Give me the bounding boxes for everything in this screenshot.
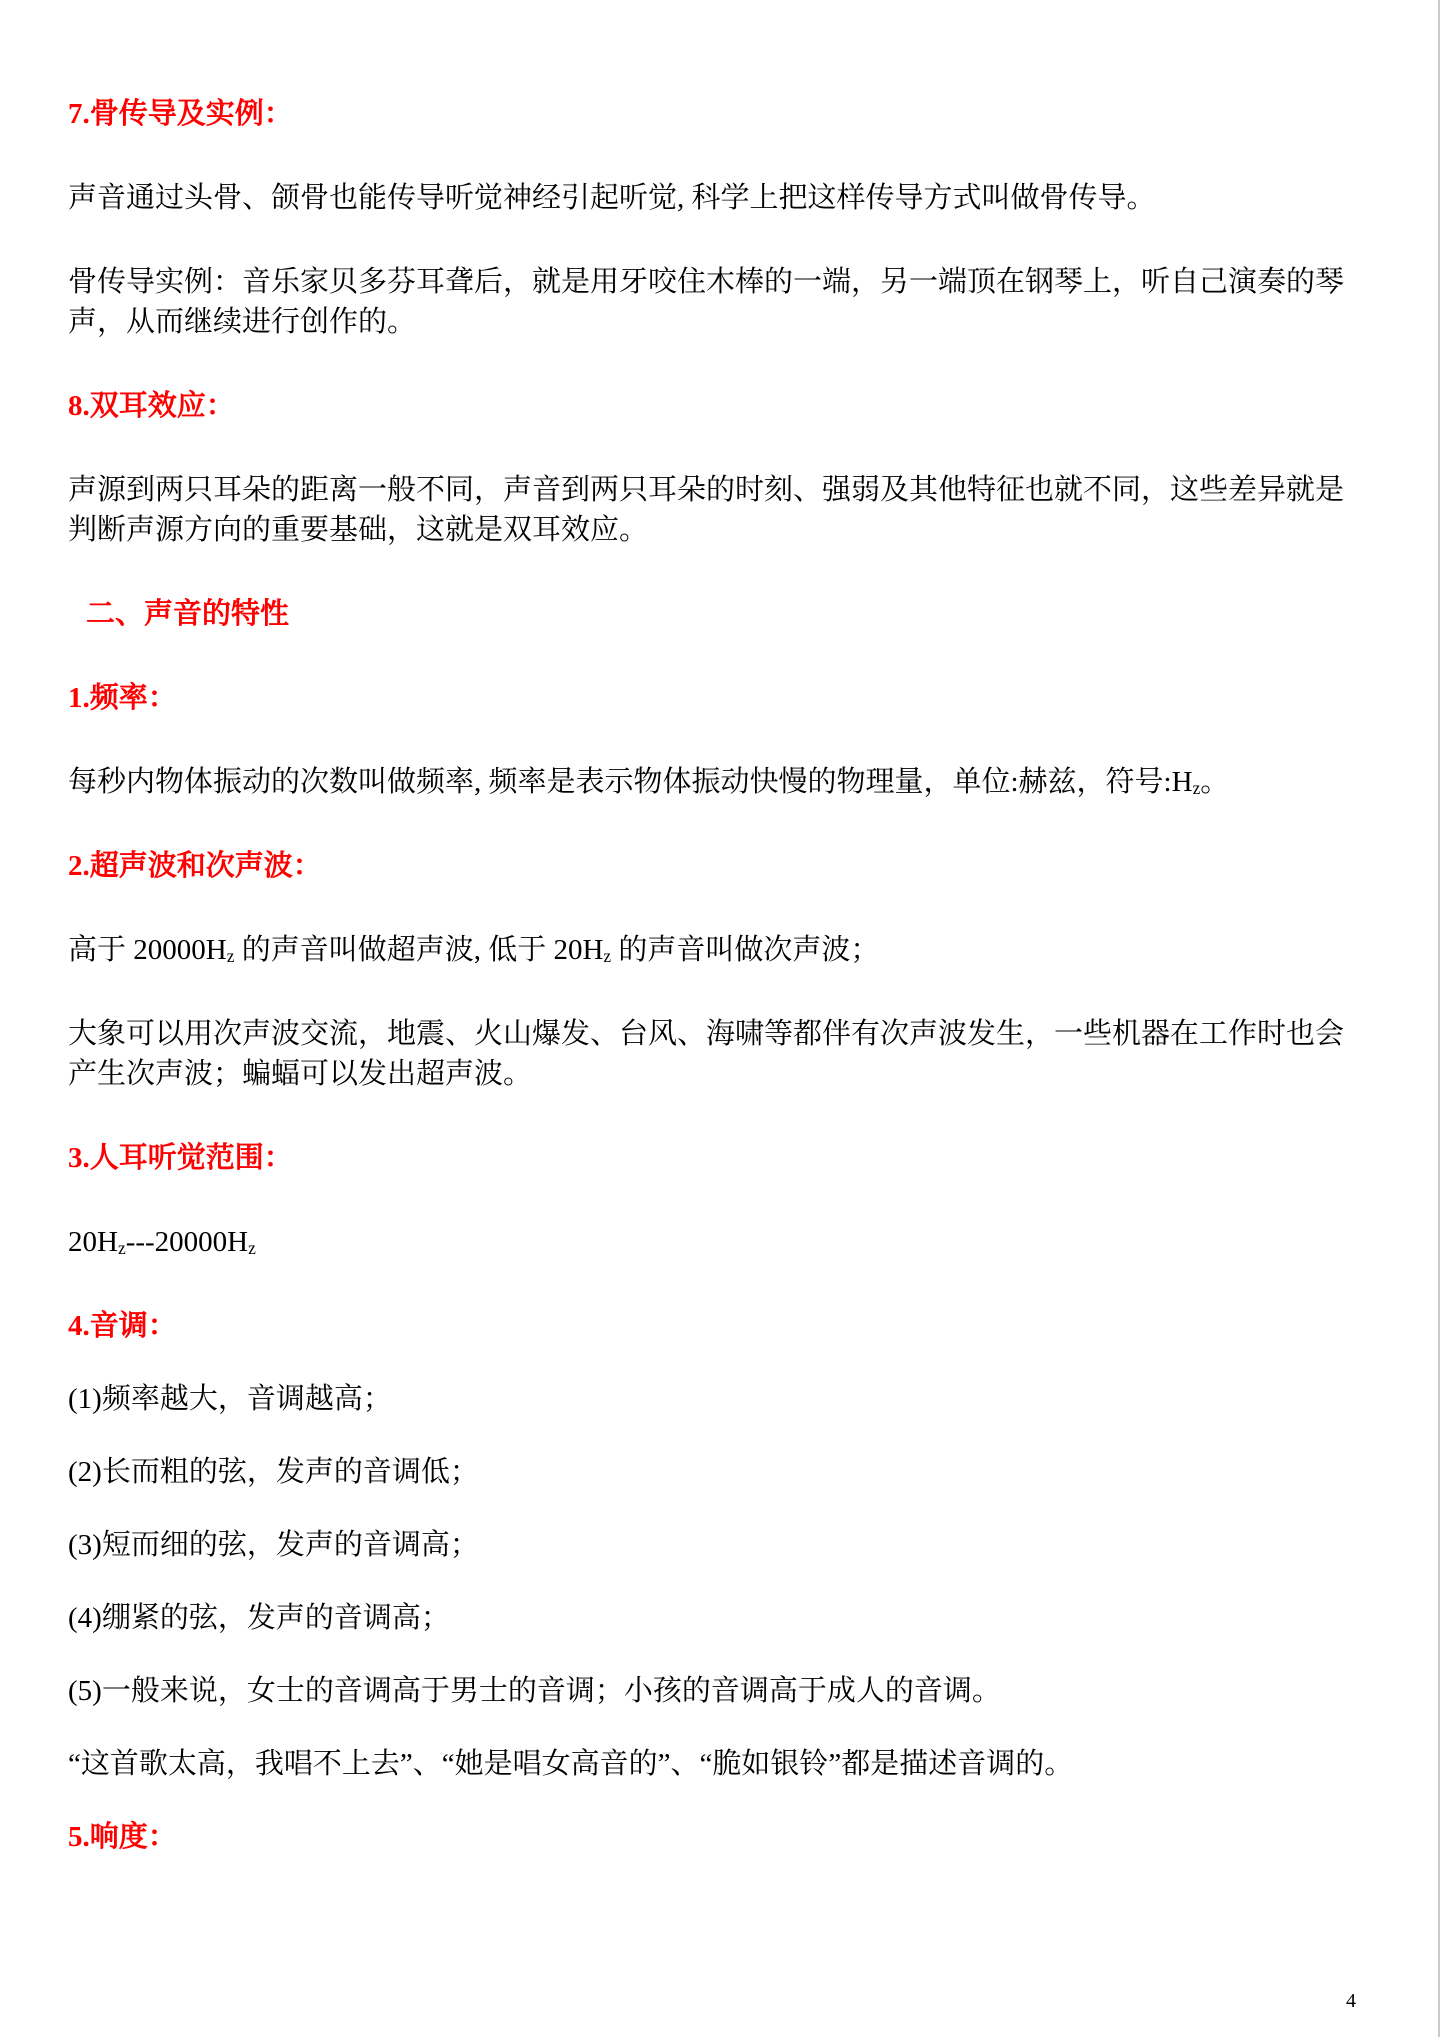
paragraph-pitch-item-4: (4)绷紧的弦，发声的音调高；: [68, 1598, 1356, 1638]
section-heading-hearing-range: 3.人耳听觉范围：: [68, 1138, 1356, 1178]
section-heading-pitch: 4.音调：: [68, 1306, 1356, 1346]
paragraph-hearing-range-value: 20Hz---20000Hz: [68, 1222, 1356, 1262]
chapter-heading-sound-characteristics: 二、声音的特性: [86, 594, 1356, 634]
paragraph-bone-conduction-definition: 声音通过头骨、颌骨也能传导听觉神经引起听觉, 科学上把这样传导方式叫做骨传导。: [68, 178, 1356, 218]
paragraph-bone-conduction-example: 骨传导实例：音乐家贝多芬耳聋后，就是用牙咬住木棒的一端，另一端顶在钢琴上，听自己…: [68, 262, 1356, 342]
paragraph-pitch-item-1: (1)频率越大，音调越高；: [68, 1379, 1356, 1419]
section-heading-bone-conduction: 7.骨传导及实例：: [68, 94, 1356, 134]
paragraph-infrasound-examples: 大象可以用次声波交流，地震、火山爆发、台风、海啸等都伴有次声波发生，一些机器在工…: [68, 1014, 1356, 1094]
paragraph-pitch-item-3: (3)短而细的弦，发声的音调高；: [68, 1525, 1356, 1565]
paragraph-pitch-quotes: “这首歌太高，我唱不上去”、“她是唱女高音的”、“脆如银铃”都是描述音调的。: [68, 1744, 1356, 1784]
section-heading-binaural-effect: 8.双耳效应：: [68, 386, 1356, 426]
paragraph-pitch-item-5: (5)一般来说，女士的音调高于男士的音调；小孩的音调高于成人的音调。: [68, 1671, 1356, 1711]
page-number: 4: [1346, 1991, 1356, 2011]
paragraph-pitch-item-2: (2)长而粗的弦，发声的音调低；: [68, 1452, 1356, 1492]
section-heading-frequency: 1.频率：: [68, 678, 1356, 718]
section-heading-ultrasound-infrasound: 2.超声波和次声波：: [68, 846, 1356, 886]
document-page: 7.骨传导及实例： 声音通过头骨、颌骨也能传导听觉神经引起听觉, 科学上把这样传…: [0, 0, 1440, 2037]
paragraph-frequency-definition: 每秒内物体振动的次数叫做频率, 频率是表示物体振动快慢的物理量，单位:赫兹，符号…: [68, 762, 1356, 802]
paragraph-ultrasound-infrasound-definition: 高于 20000Hz 的声音叫做超声波, 低于 20Hz 的声音叫做次声波；: [68, 930, 1356, 970]
paragraph-binaural-effect: 声源到两只耳朵的距离一般不同，声音到两只耳朵的时刻、强弱及其他特征也就不同，这些…: [68, 470, 1356, 550]
section-heading-loudness: 5.响度：: [68, 1817, 1356, 1857]
